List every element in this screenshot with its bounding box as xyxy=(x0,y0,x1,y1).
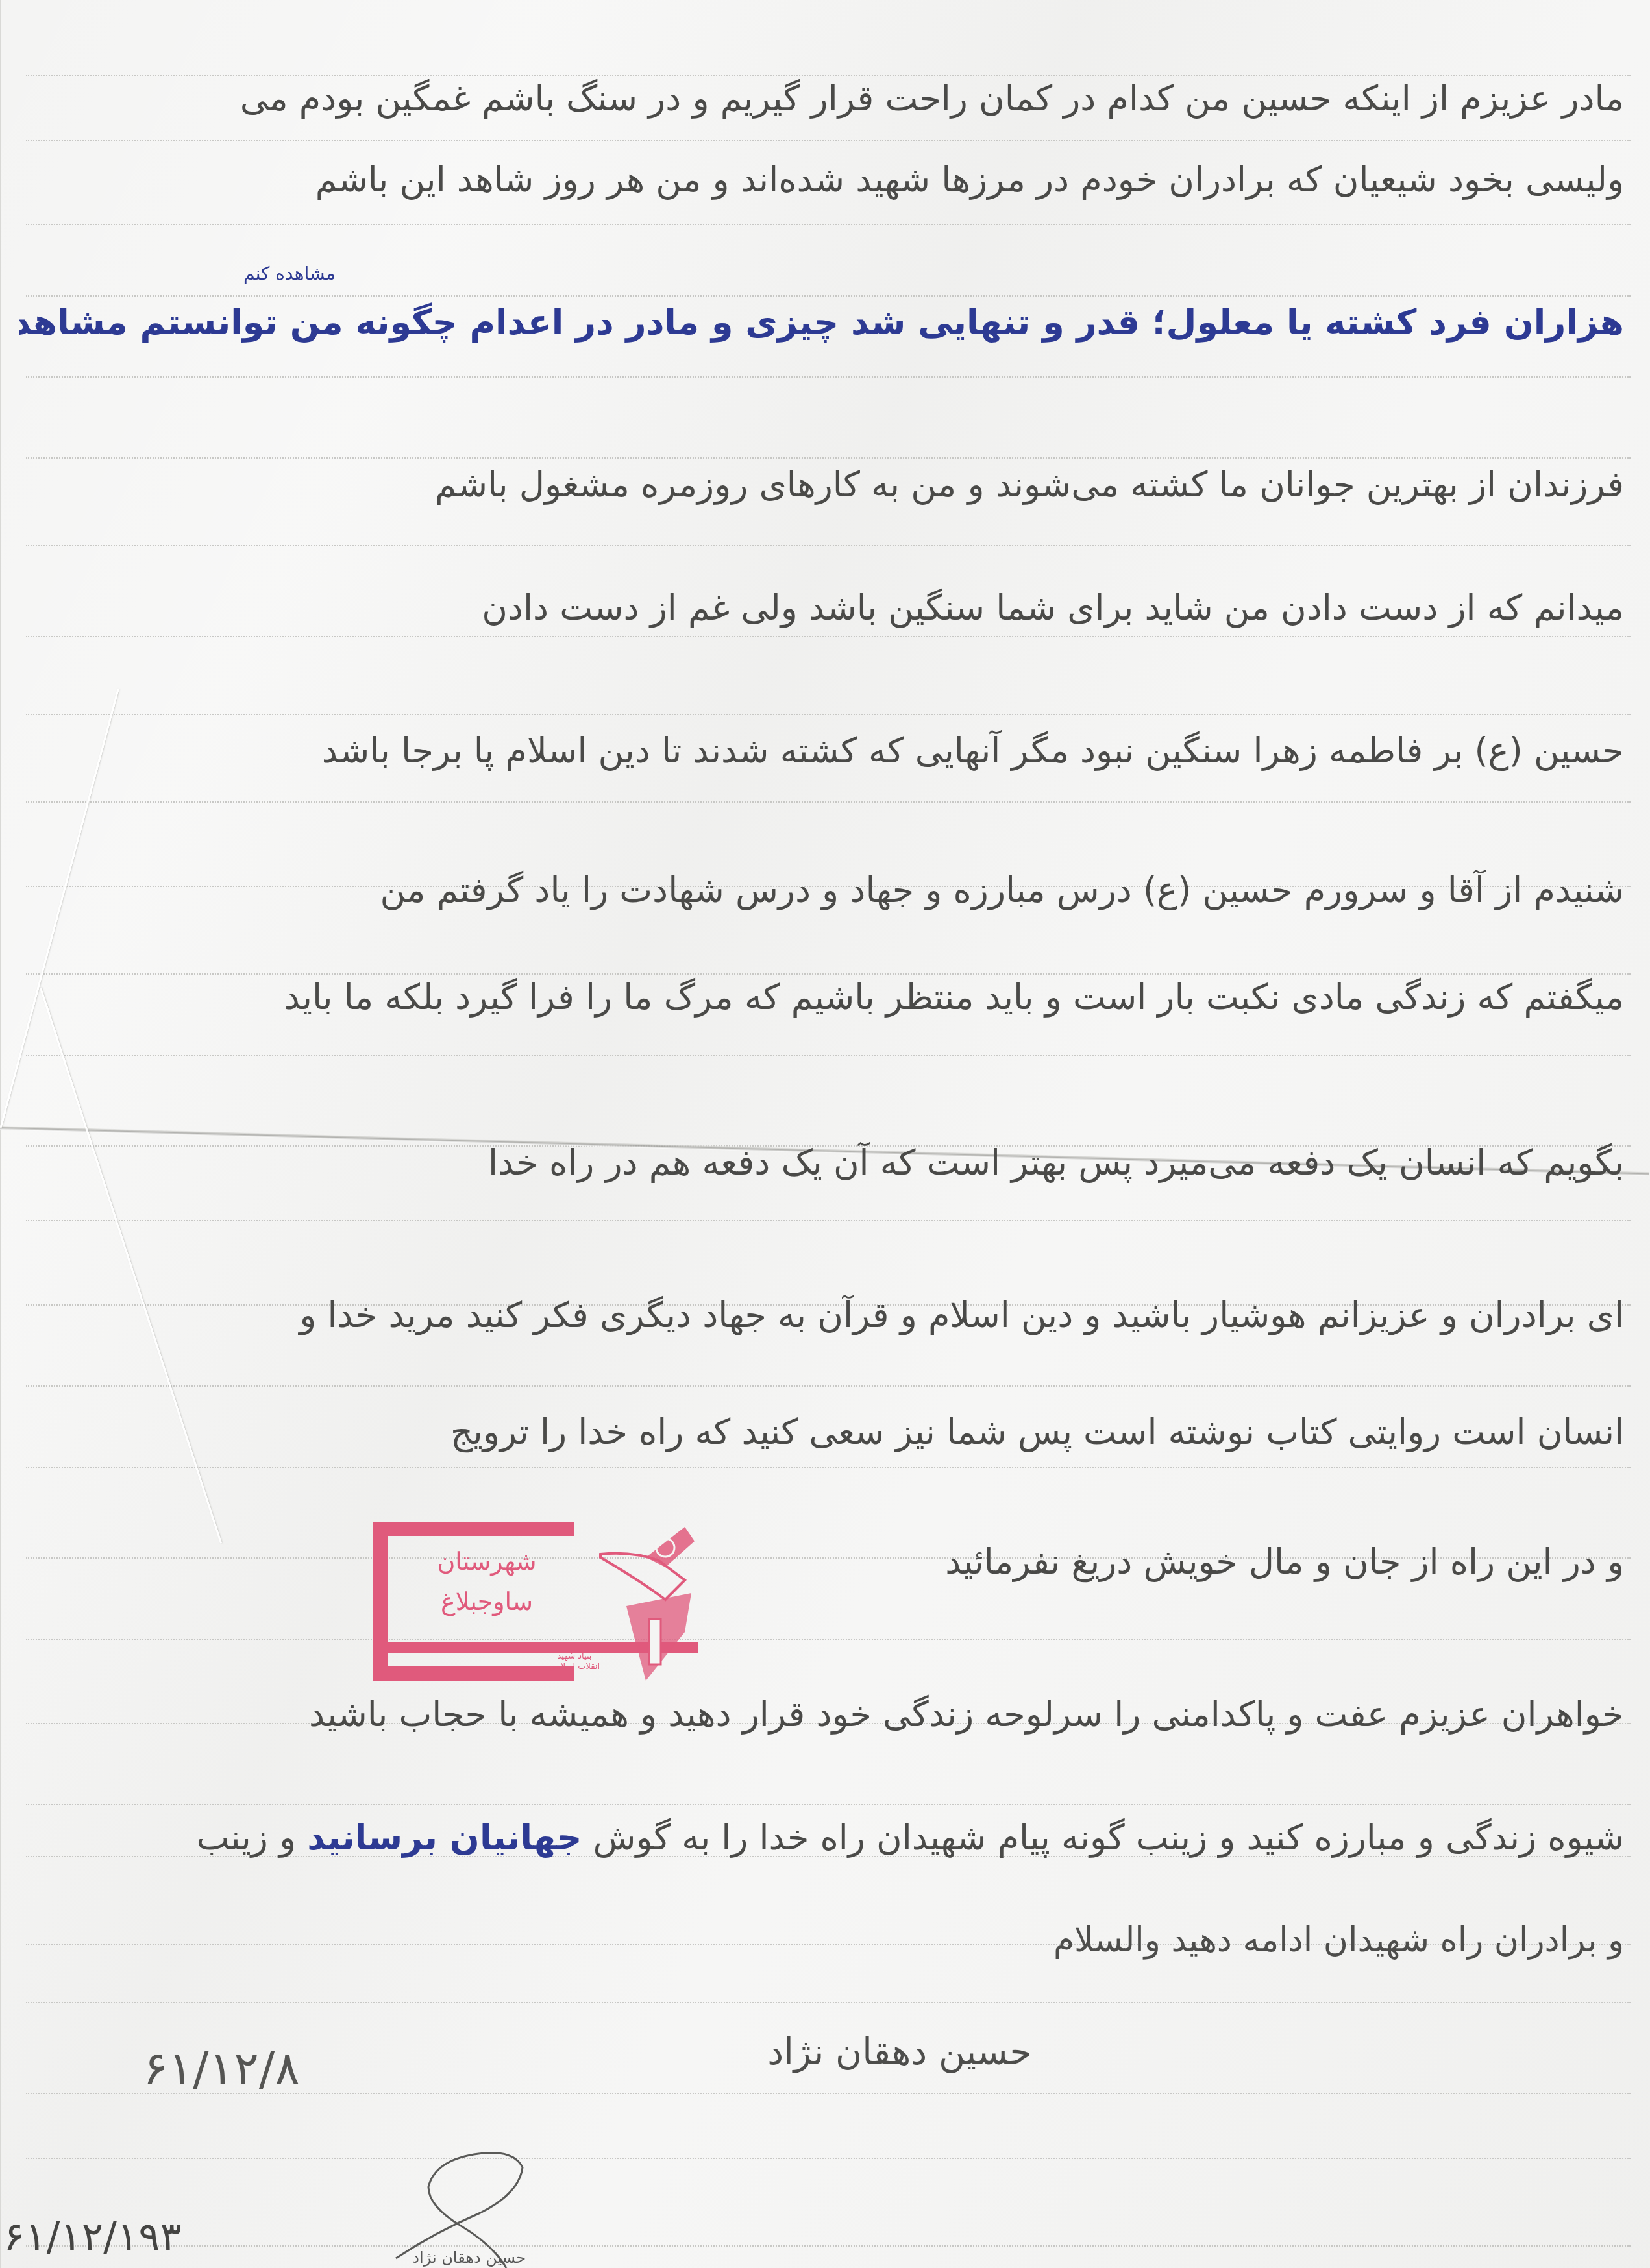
signature-name: حسین دهقان نژاد xyxy=(539,2031,1032,2073)
letter-line-7: شنیدم از آقا و سرورم حسین (ع) درس مبارزه… xyxy=(19,870,1624,912)
letter-line-1: مادر عزیزم از اینکه حسین من کدام در کمان… xyxy=(19,78,1624,120)
margin-annotation: مشاهده کنم xyxy=(243,263,336,284)
letter-line-12: و در این راه از جان و مال خویش دریغ نفرم… xyxy=(805,1541,1624,1583)
letter-line-14: شیوه زندگی و مبارزه کنید و زینب گونه پیا… xyxy=(19,1817,1624,1859)
stamp-line-2: ساوجبلاغ xyxy=(412,1581,561,1622)
blue-ink-phrase: جهانیان برسانید xyxy=(307,1817,582,1858)
letter-line-13: خواهران عزیزم عفت و پاکدامنی را سرلوحه ز… xyxy=(19,1694,1624,1736)
stamp-line-1: شهرستان xyxy=(412,1541,561,1581)
stamp-text: شهرستان ساوجبلاغ xyxy=(412,1541,561,1622)
letter-line-4: فرزندان از بهترین جوانان ما کشته می‌شوند… xyxy=(19,464,1624,506)
letter-closing: و برادران راه شهیدان ادامه دهید والسلام xyxy=(701,1921,1624,1960)
letter-line-8: میگفتم که زندگی مادی نکبت بار است و باید… xyxy=(19,977,1624,1019)
stamp-caption: بنیاد شهید انقلاب اسلامی xyxy=(545,1652,604,1672)
letter-line-6: حسین (ع) بر فاطمه زهرا سنگین نبود مگر آن… xyxy=(19,730,1624,772)
letter-line-9: بگویم که انسان یک دفعه می‌میرد پس بهتر ا… xyxy=(19,1142,1624,1184)
martyr-foundation-emblem-icon xyxy=(587,1522,698,1681)
archive-number: ۶۱/۱۲/۱۹۳ xyxy=(3,2213,182,2260)
small-signature-text: حسین دهقان نژاد xyxy=(396,2249,526,2267)
letter-line-2: ولیسی بخود شیعیان که برادران خودم در مرز… xyxy=(19,159,1624,201)
letter-line-5: میدانم که از دست دادن من شاید برای شما س… xyxy=(19,587,1624,629)
letter-line-3: هزاران فرد کشته یا معلول؛ قدر و تنهایی ش… xyxy=(19,302,1624,344)
letter-line-10: ای برادران و عزیزانم هوشیار باشید و دین … xyxy=(19,1295,1624,1337)
letter-date: ۶۱/۱۲/۸ xyxy=(143,2041,300,2095)
official-stamp: شهرستان ساوجبلاغ بنیاد شهید انقلاب اسلام… xyxy=(373,1522,698,1684)
letter-line-11: انسان است روایتی کتاب نوشته است پس شما ن… xyxy=(19,1411,1624,1454)
